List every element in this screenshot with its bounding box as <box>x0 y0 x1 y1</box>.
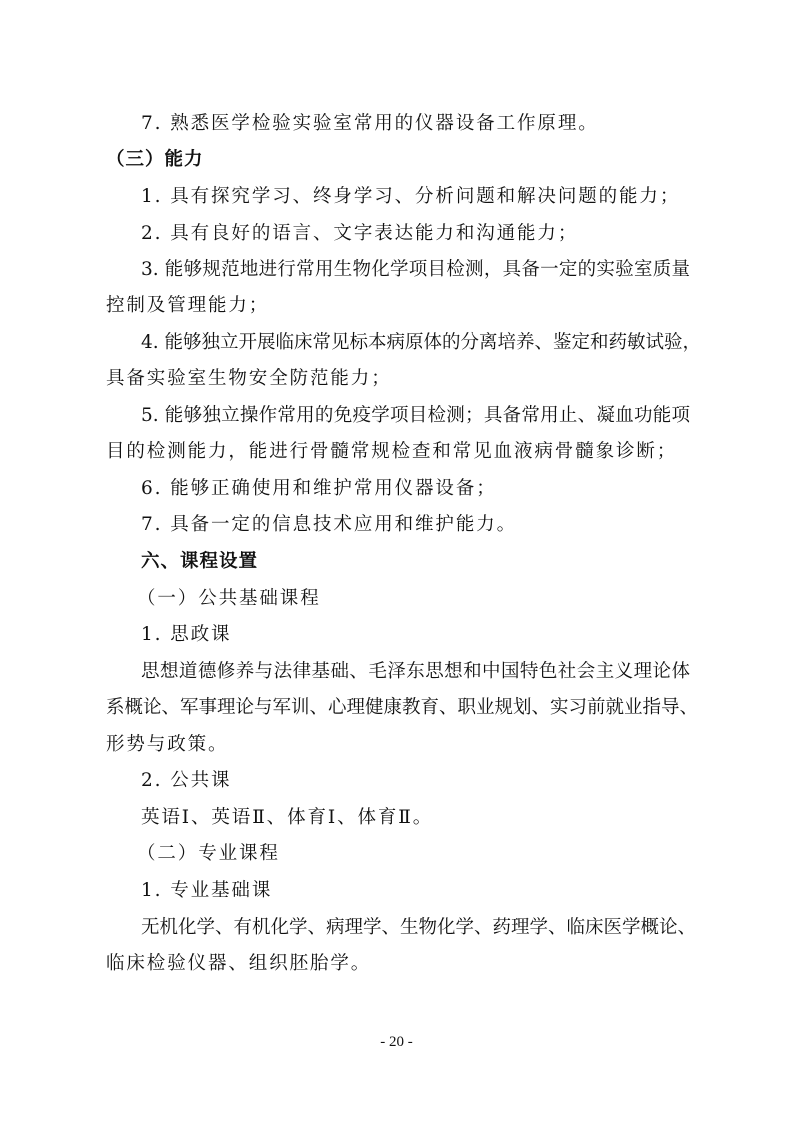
text-line: 6. 能够正确使用和维护常用仪器设备； <box>141 477 690 501</box>
text-line: 2. 公共课 <box>141 769 690 793</box>
subsection-heading: （一）公共基础课程 <box>137 587 721 611</box>
page-number: - 20 - <box>0 1034 793 1051</box>
section-heading: （三）能力 <box>106 148 690 172</box>
text-line: 英语Ⅰ、英语Ⅱ、体育Ⅰ、体育Ⅱ。 <box>141 806 690 830</box>
subsection-heading: （二）专业课程 <box>137 842 721 866</box>
text-line: 1. 具有探究学习、终身学习、分析问题和解决问题的能力； <box>141 185 690 209</box>
text-line: 控制及管理能力； <box>106 294 690 318</box>
document-page: 7. 熟悉医学检验实验室常用的仪器设备工作原理。（三）能力1. 具有探究学习、终… <box>0 0 793 1122</box>
text-line: 7. 熟悉医学检验实验室常用的仪器设备工作原理。 <box>141 112 690 136</box>
text-line: 系概论、军事理论与军训、心理健康教育、职业规划、实习前就业指导、 <box>106 696 690 720</box>
text-line: 目的检测能力，能进行骨髓常规检查和常见血液病骨髓象诊断； <box>106 440 690 464</box>
text-line: 2. 具有良好的语言、文字表达能力和沟通能力； <box>141 222 690 246</box>
text-line: 4. 能够独立开展临床常见标本病原体的分离培养、鉴定和药敏试验， <box>141 331 690 355</box>
text-line: 思想道德修养与法律基础、毛泽东思想和中国特色社会主义理论体 <box>141 660 690 684</box>
text-line: 1. 专业基础课 <box>141 879 690 903</box>
text-line: 临床检验仪器、组织胚胎学。 <box>106 952 690 976</box>
text-line: 具备实验室生物安全防范能力； <box>106 367 690 391</box>
text-line: 7. 具备一定的信息技术应用和维护能力。 <box>141 513 690 537</box>
text-line: 5. 能够独立操作常用的免疫学项目检测；具备常用止、凝血功能项 <box>141 404 690 428</box>
text-line: 3. 能够规范地进行常用生物化学项目检测，具备一定的实验室质量 <box>141 258 690 282</box>
text-line: 无机化学、有机化学、病理学、生物化学、药理学、临床医学概论、 <box>141 916 690 940</box>
text-line: 1. 思政课 <box>141 623 690 647</box>
text-line: 形势与政策。 <box>106 733 690 757</box>
section-heading: 六、课程设置 <box>141 550 690 574</box>
